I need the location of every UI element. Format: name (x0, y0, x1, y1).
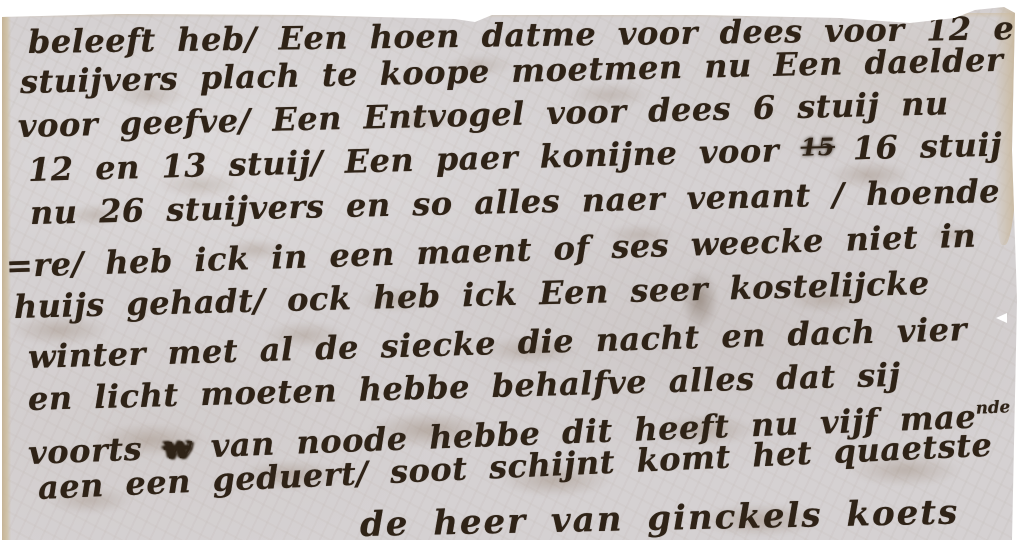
superscript-text: nde (975, 396, 1010, 417)
manuscript-scan: beleeft heb/ Een hoen datme voor dees vo… (0, 0, 1024, 540)
line-text: de heer van ginckels koets (360, 492, 960, 540)
handwriting-layer: beleeft heb/ Een hoen datme voor dees vo… (0, 0, 1024, 540)
manuscript-line: de heer van ginckels koets (360, 492, 960, 540)
paper-sheet: beleeft heb/ Een hoen datme voor dees vo… (0, 0, 1024, 540)
paper-notch-artifact (996, 313, 1007, 323)
line-text: 16 stuij (831, 125, 1003, 167)
